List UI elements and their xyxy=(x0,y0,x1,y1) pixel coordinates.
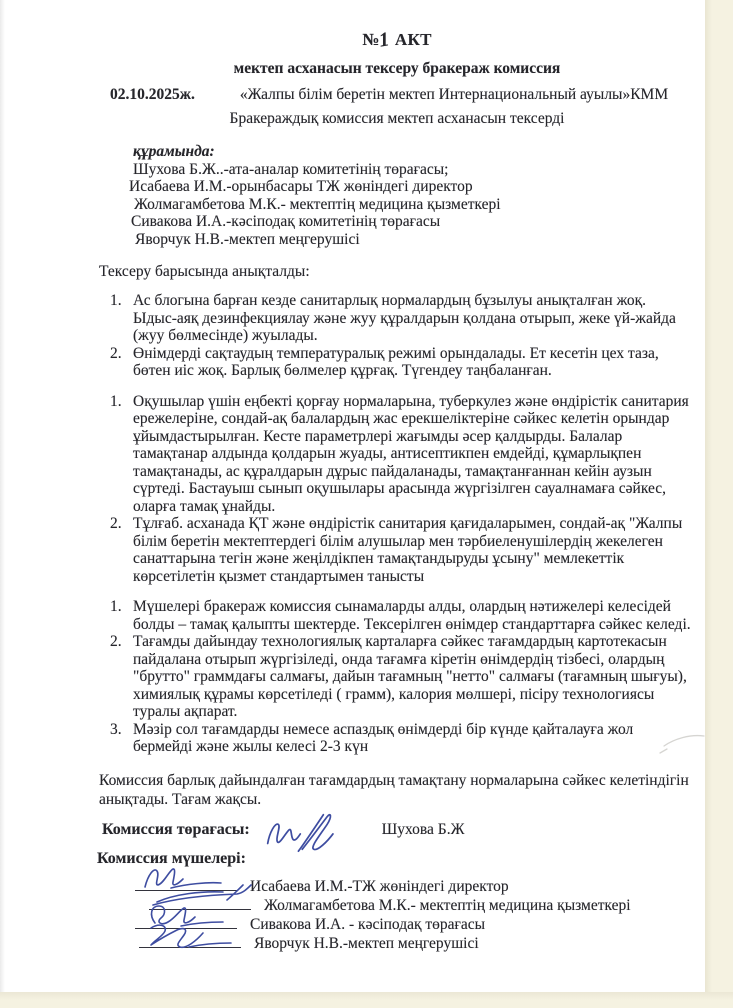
scanned-document-page: №1АКТ мектеп асханасын тексеру бракераж … xyxy=(0,0,733,1008)
list-item-text: Тұлғаб. асханада ҚТ және өндірістік сани… xyxy=(133,515,695,585)
results-findings-list: Мүшелері бракераж комиссия сынамаларды а… xyxy=(110,598,695,756)
chair-handwritten-signature xyxy=(260,804,356,860)
composition-member: Яворчук Н.В.-мектеп меңгерушісі xyxy=(135,231,695,249)
act-document: №1АКТ мектеп асханасын тексеру бракераж … xyxy=(99,28,695,953)
date-row: 02.10.2025ж. «Жалпы білім беретін мектеп… xyxy=(99,86,695,104)
document-date: 02.10.2025ж. xyxy=(110,86,195,104)
composition-members-list: Шухова Б.Ж..-ата-аналар комитетінің төра… xyxy=(126,161,695,249)
chair-label: Комиссия төрағасы: xyxy=(102,821,250,839)
list-item: Тағамды дайындау технологиялық карталарғ… xyxy=(110,633,695,721)
list-item: Тұлғаб. асханада ҚТ және өндірістік сани… xyxy=(110,515,695,585)
signatory-name: Яворчук Н.В.-мектеп меңгерушісі xyxy=(254,935,479,953)
signature-line xyxy=(139,934,241,948)
document-subtitle: мектеп асханасын тексеру бракераж комисс… xyxy=(99,60,695,78)
list-item: Мүшелері бракераж комиссия сынамаларды а… xyxy=(110,598,695,633)
list-item-number xyxy=(110,721,133,756)
findings-heading: Тексеру барысында анықталды: xyxy=(99,263,695,281)
list-item-number xyxy=(110,515,133,585)
list-item: Оқушылар үшін еңбекті қорғау нормаларына… xyxy=(110,393,695,516)
list-item-text: Мәзір сол тағамдарды немесе аспаздық өні… xyxy=(133,721,695,756)
list-item-text: Оқушылар үшін еңбекті қорғау нормаларына… xyxy=(133,393,695,516)
list-item-text: Мүшелері бракераж комиссия сынамаларды а… xyxy=(133,598,695,633)
list-item-number xyxy=(110,345,133,380)
chair-signature-row: Комиссия төрағасы: Шухова Б.Ж xyxy=(102,820,695,840)
composition-label: құрамында: xyxy=(133,143,695,161)
member-signature-row: Яворчук Н.В.-мектеп меңгерушісі xyxy=(139,934,695,953)
list-item: Мәзір сол тағамдарды немесе аспаздық өні… xyxy=(110,721,695,756)
scan-edge-right xyxy=(705,0,733,1008)
list-item-text: Тағамды дайындау технологиялық карталарғ… xyxy=(133,633,695,721)
act-word: АКТ xyxy=(395,30,432,49)
list-item-text: Ас блогына барған кезде санитарлық норма… xyxy=(133,292,695,345)
handwritten-signature xyxy=(139,918,249,952)
signatory-name: Жолмагамбетова М.К.- мектептің медицина … xyxy=(264,897,631,915)
composition-member: Жолмагамбетова М.К.- мектептің медицина … xyxy=(134,196,695,214)
inspection-statement: Бракераждық комиссия мектеп асханасын те… xyxy=(99,110,695,128)
sanitary-findings-list: Ас блогына барған кезде санитарлық норма… xyxy=(110,292,695,380)
signatory-name: Исабаева И.М.-ТЖ жөніндегі директор xyxy=(250,878,509,896)
list-item-number xyxy=(110,292,133,345)
list-item: Ас блогына барған кезде санитарлық норма… xyxy=(110,292,695,345)
composition-member: Сивакова И.А.-кәсіподақ комитетінің төра… xyxy=(131,213,695,231)
composition-member: Исабаева И.М.-орынбасары ТЖ жөніндегі ди… xyxy=(129,178,695,196)
handwritten-act-number: 1 xyxy=(377,28,391,52)
list-item-number xyxy=(110,598,133,633)
conclusion-paragraph: Комиссия барлық дайындалған тағамдардың … xyxy=(99,771,695,809)
list-item-number xyxy=(110,633,133,721)
students-findings-list: Оқушылар үшін еңбекті қорғау нормаларына… xyxy=(110,393,695,586)
scan-edge-left xyxy=(0,0,5,1008)
list-item: Өнімдерді сақтаудың температуралық режим… xyxy=(110,345,695,380)
list-item-text: Өнімдерді сақтаудың температуралық режим… xyxy=(133,345,695,380)
commission-composition: құрамында: Шухова Б.Ж..-ата-аналар комит… xyxy=(126,143,695,248)
document-title: №1АКТ xyxy=(99,28,695,51)
member-signatures-list: Исабаева И.М.-ТЖ жөніндегі директор Жолм… xyxy=(99,877,695,953)
chair-name: Шухова Б.Ж xyxy=(382,821,465,839)
list-item-number xyxy=(110,393,133,516)
scan-edge-bottom xyxy=(0,992,733,1008)
composition-member: Шухова Б.Ж..-ата-аналар комитетінің төра… xyxy=(133,161,695,179)
signatory-name: Сивакова И.А. - кәсіподақ төрағасы xyxy=(250,916,485,934)
organization-name: «Жалпы білім беретін мектеп Интернациона… xyxy=(240,86,668,104)
